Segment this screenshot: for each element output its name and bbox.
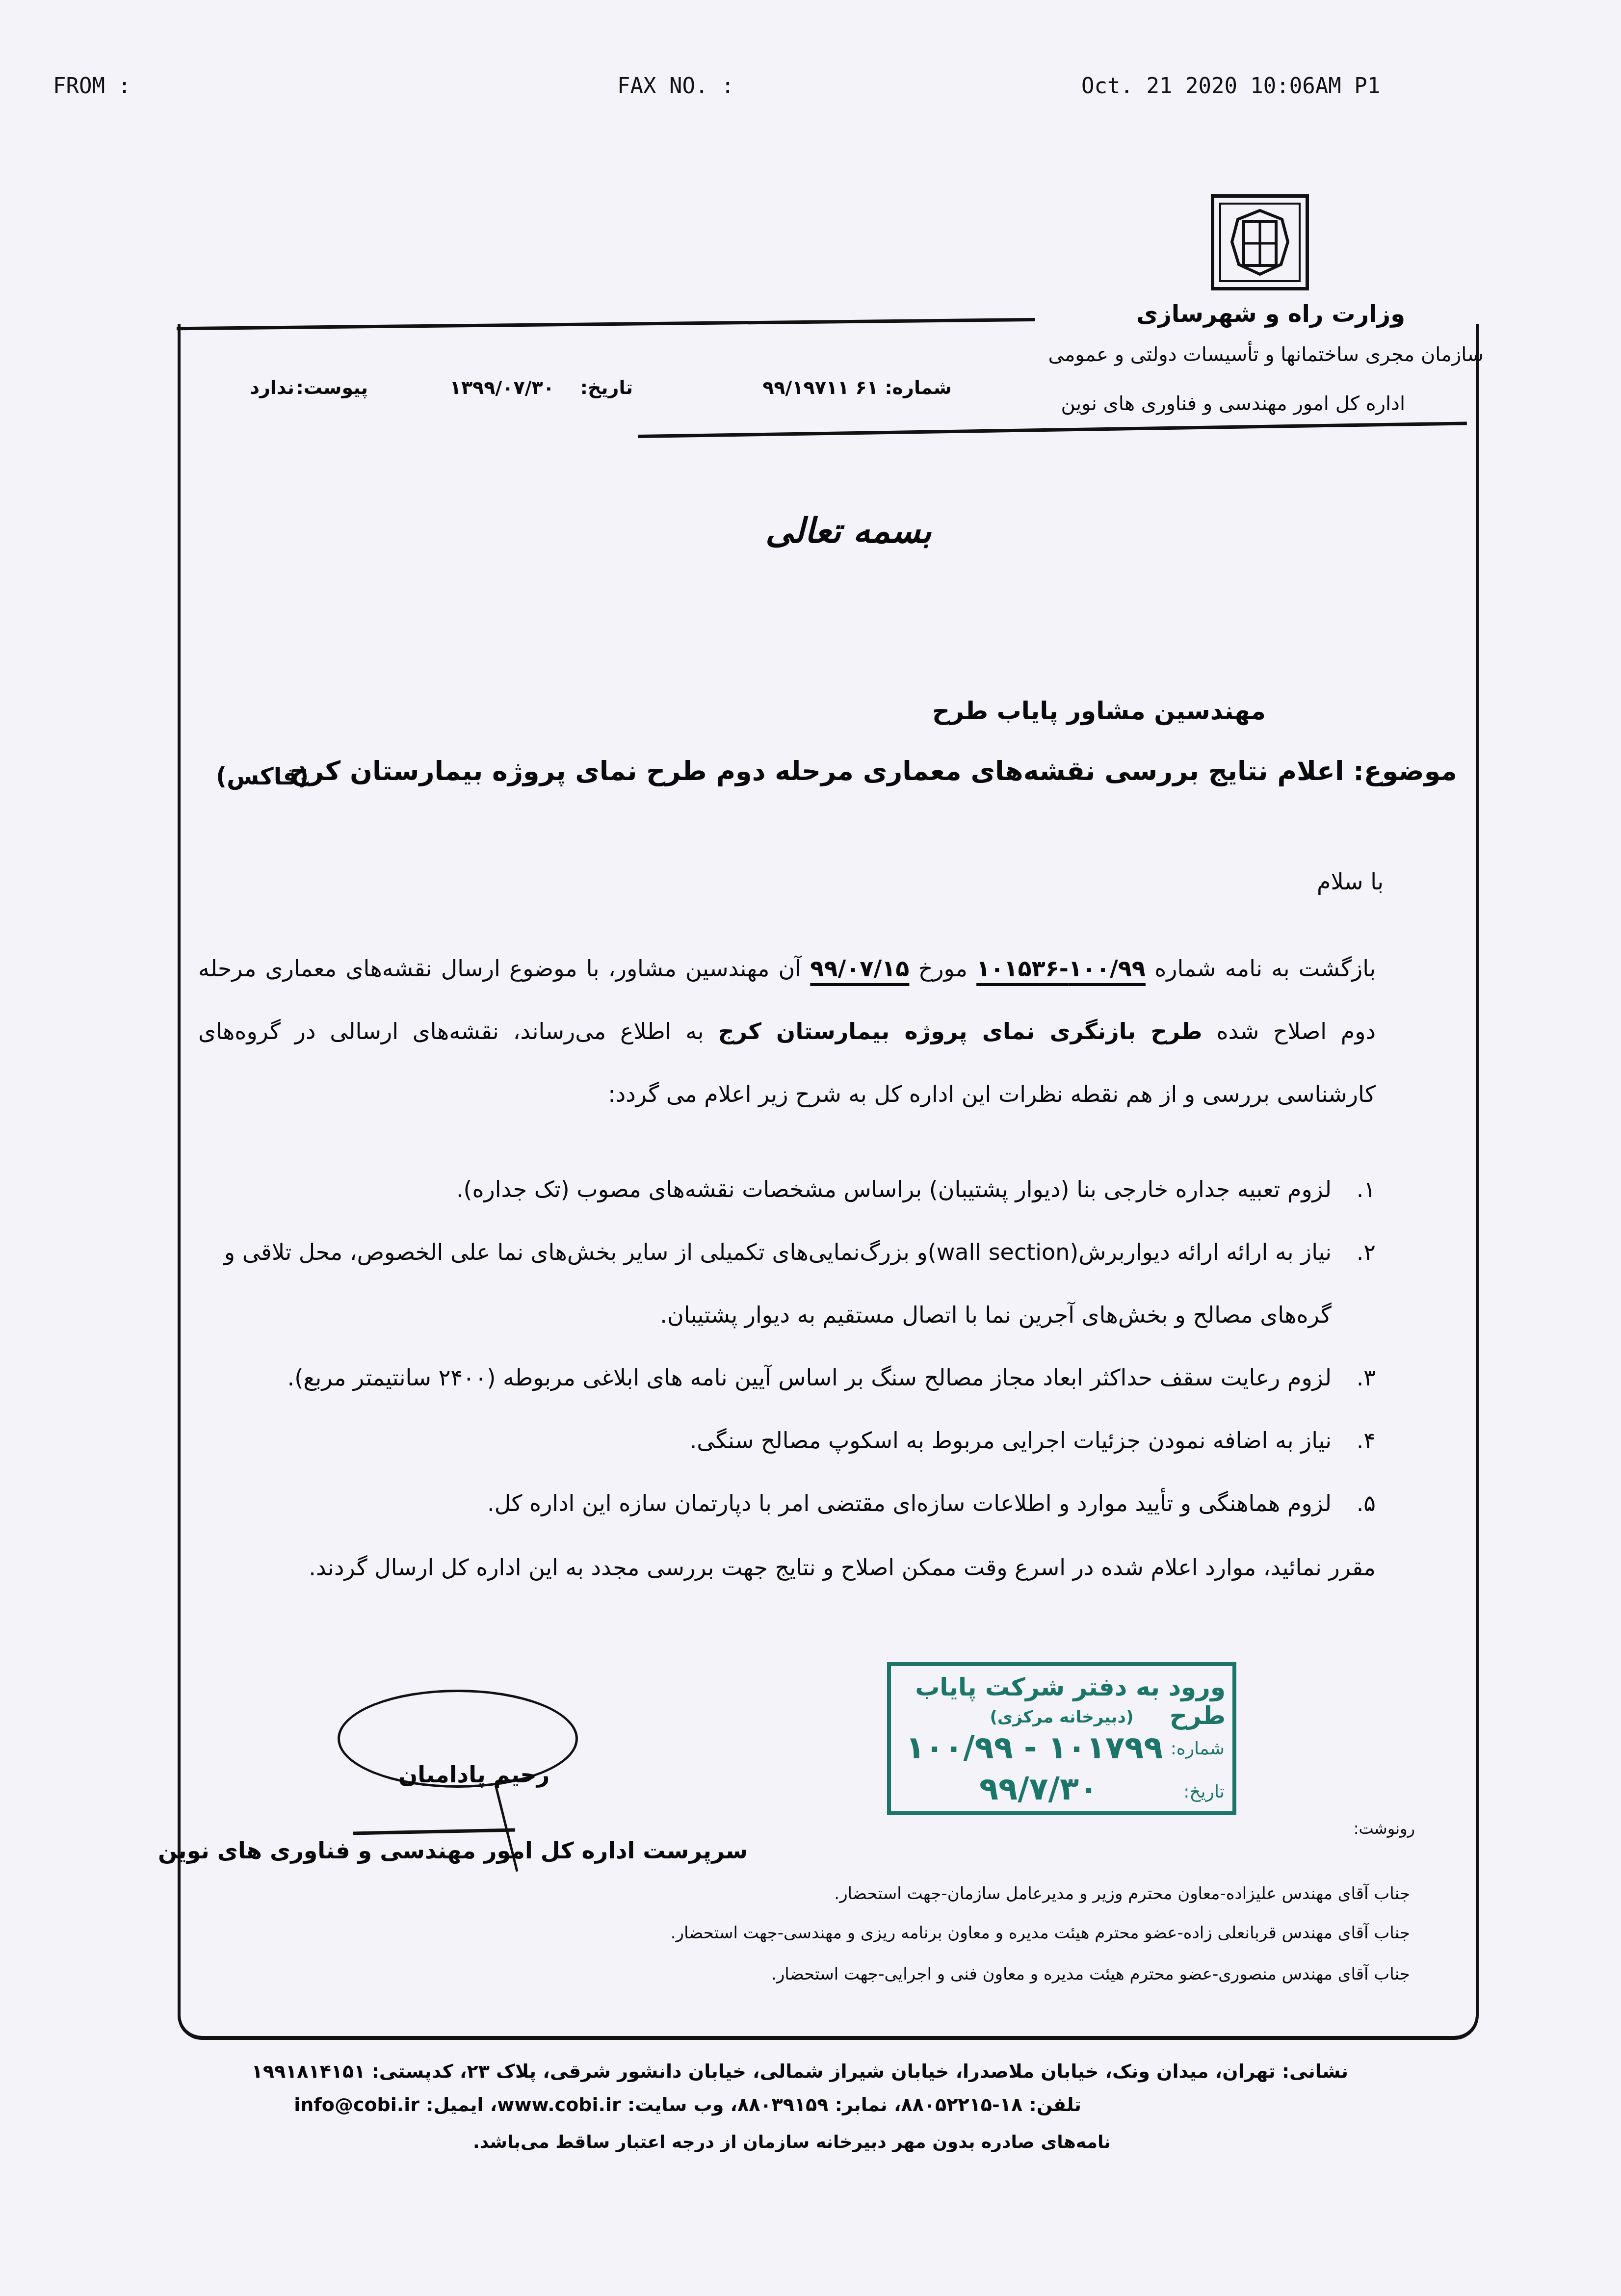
date-value: ۱۳۹۹/۰۷/۳۰ xyxy=(450,377,554,398)
stamp-date-label: تاریخ: xyxy=(1183,1782,1225,1802)
item-number: ۳. xyxy=(1357,1346,1376,1409)
item-text: نیاز به اضافه نمودن جزئیات اجرایی مربوط … xyxy=(198,1409,1332,1472)
cc-recipient: جناب آقای مهندس علیزاده-معاون محترم وزیر… xyxy=(834,1884,1410,1904)
fax-timestamp: Oct. 21 2020 10:06AM P1 xyxy=(1081,74,1380,99)
addressee: مهندسین مشاور پایاب طرح xyxy=(932,697,1266,725)
signer-name: رحیم پادامیان xyxy=(398,1761,549,1788)
list-item: ۱. لزوم تعبیه جداره خارجی بنا (دیوار پشت… xyxy=(198,1158,1376,1221)
body-paragraph: بازگشت به نامه شماره ۱۰۰/۹۹-۱۰۱۵۳۶ مورخ … xyxy=(198,937,1376,1125)
item-text: لزوم تعبیه جداره خارجی بنا (دیوار پشتیبا… xyxy=(198,1158,1332,1221)
body-text: مورخ xyxy=(909,955,976,982)
item-number: ۴. xyxy=(1357,1409,1376,1472)
stamp-number-value: ۱۰۰/۹۹ - ۱۰۱۷۹۹ xyxy=(906,1730,1163,1766)
subject-tag: (فاکس) xyxy=(216,763,309,790)
project-name: طرح بازنگری نمای پروژه بیمارستان کرج xyxy=(718,1018,1202,1044)
number-label: شماره: xyxy=(885,377,952,398)
reference-date: ۹۹/۰۷/۱۵ xyxy=(810,955,909,982)
item-number: ۵. xyxy=(1357,1472,1376,1535)
fax-header: FROM : FAX NO. : Oct. 21 2020 10:06AM P1 xyxy=(0,74,1621,103)
item-number: ۲. xyxy=(1357,1221,1376,1283)
item-text: لزوم هماهنگی و تأیید موارد و اطلاعات ساز… xyxy=(198,1472,1332,1535)
attachment-value: ندارد xyxy=(250,377,294,398)
number-value: ۶۱ ۹۹/۱۹۷۱۱ xyxy=(762,377,878,398)
attachment-label: پیوست: xyxy=(296,377,368,398)
footer-note: نامه‌های صادره بدون مهر دبیرخانه سازمان … xyxy=(473,2132,1111,2152)
footer-contact: تلفن: ۱۸-۸۸۰۵۲۲۱۵، نمابر: ۸۸۰۳۹۱۵۹، وب س… xyxy=(294,2094,1081,2115)
item-text-english: (wall section) xyxy=(928,1239,1079,1265)
reference-number: ۱۰۰/۹۹-۱۰۱۵۳۶ xyxy=(976,955,1146,982)
footer-address: نشانی: تهران، میدان ونک، خیابان ملاصدرا،… xyxy=(252,2061,1349,2082)
fax-from: FROM : xyxy=(53,74,131,99)
signer-title: سرپرست اداره کل امور مهندسی و فناوری های… xyxy=(158,1837,748,1864)
list-item: ۲. نیاز به ارائه ارائه دیواربرش(wall sec… xyxy=(198,1221,1376,1346)
list-item: ۳. لزوم رعایت سقف حداکثر ابعاد مجاز مصال… xyxy=(198,1346,1376,1409)
stamp-date-value: ۹۹/۷/۳۰ xyxy=(979,1771,1098,1807)
bismillah-heading: بسمه تعالی xyxy=(765,510,932,551)
stamp-number-label: شماره: xyxy=(1171,1739,1225,1759)
letter-meta: شماره: ۶۱ ۹۹/۱۹۷۱۱ تاریخ: ۱۳۹۹/۰۷/۳۰ پیو… xyxy=(186,377,952,406)
greeting: با سلام xyxy=(1317,868,1384,895)
body-text: بازگشت به نامه شماره xyxy=(1146,955,1376,982)
list-item: ۴. نیاز به اضافه نمودن جزئیات اجرایی مرب… xyxy=(198,1409,1376,1472)
item-text-part: نیاز به ارائه ارائه دیواربرش xyxy=(1078,1239,1332,1265)
item-text: لزوم رعایت سقف حداکثر ابعاد مجاز مصالح س… xyxy=(198,1346,1332,1409)
stamp-subtitle: (دبیرخانه مرکزی) xyxy=(891,1707,1232,1727)
item-text: نیاز به ارائه ارائه دیواربرش(wall sectio… xyxy=(198,1221,1332,1346)
cc-label: رونوشت: xyxy=(1354,1819,1415,1838)
list-item: ۵. لزوم هماهنگی و تأیید موارد و اطلاعات … xyxy=(198,1472,1376,1535)
findings-list: ۱. لزوم تعبیه جداره خارجی بنا (دیوار پشت… xyxy=(198,1158,1376,1535)
cc-recipient: جناب آقای مهندس قربانعلی زاده-عضو محترم … xyxy=(671,1923,1410,1943)
receipt-stamp: ورود به دفتر شرکت پایاب طرح (دبیرخانه مر… xyxy=(887,1662,1236,1815)
subject-line: موضوع: اعلام نتایج بررسی نقشه‌های معماری… xyxy=(289,756,1457,786)
closing-paragraph: مقرر نمائید، موارد اعلام شده در اسرع وقت… xyxy=(309,1554,1376,1581)
item-number: ۱. xyxy=(1357,1158,1376,1221)
date-label: تاریخ: xyxy=(580,377,633,398)
fax-number: FAX NO. : xyxy=(617,74,734,99)
ministry-emblem-icon xyxy=(1211,194,1309,290)
cc-recipient: جناب آقای مهندس منصوری-عضو محترم هیئت مد… xyxy=(771,1964,1410,1984)
